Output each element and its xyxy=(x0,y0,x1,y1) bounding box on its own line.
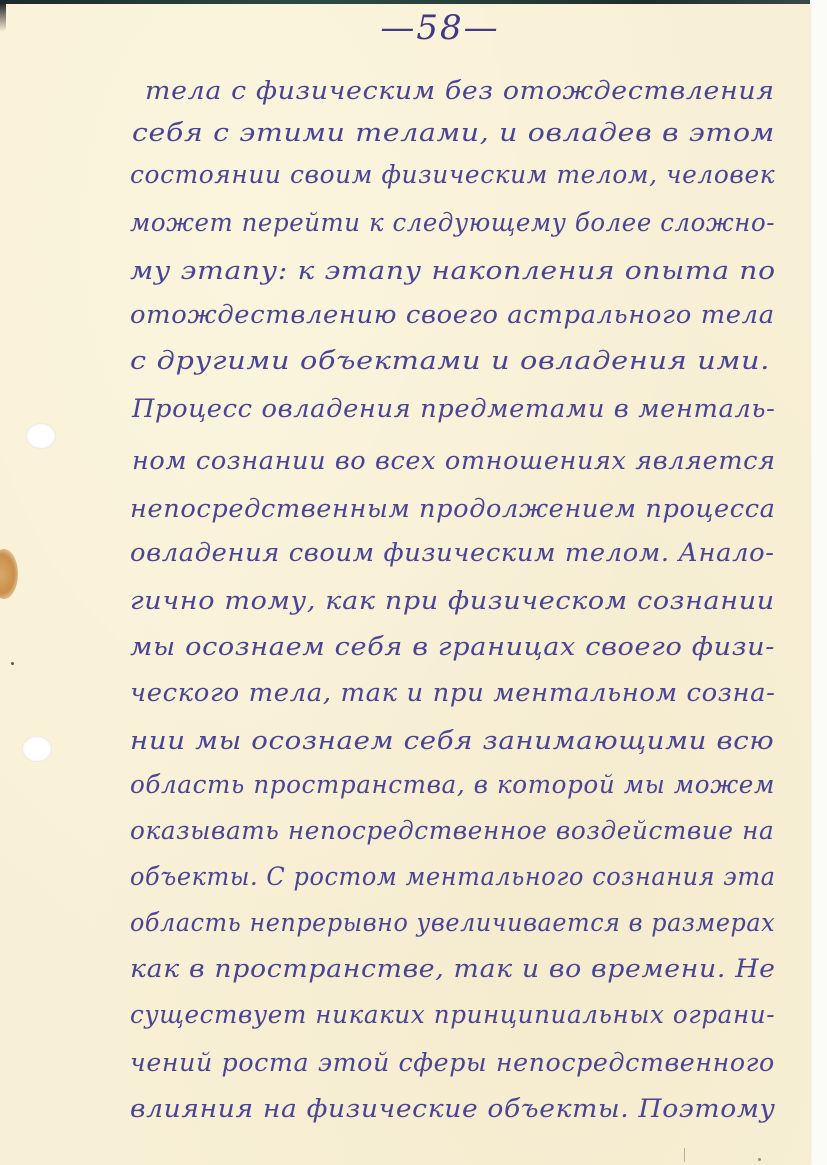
paper-speck xyxy=(758,1158,761,1161)
scan-top-edge xyxy=(0,0,810,4)
text-line-5: му этапу: к этапу накопления опыта по xyxy=(130,256,776,285)
punch-hole-top xyxy=(26,423,56,449)
age-stain xyxy=(0,549,18,599)
text-line-22: чений роста этой сферы непосредственного xyxy=(130,1048,775,1077)
text-line-6: отождествлению своего астрального тела xyxy=(130,300,775,329)
text-line-4: может перейти к следующему более сложно- xyxy=(130,208,775,237)
paper-speck xyxy=(11,662,14,665)
text-line-3: состоянии своим физическим телом, челове… xyxy=(130,160,775,189)
text-line-21: существует никаких принципиальных ограни… xyxy=(130,1000,775,1029)
text-line-9: ном сознании во всех отношениях является xyxy=(132,446,776,475)
page-number: —58— xyxy=(380,8,500,48)
text-line-7: с другими объектами и овладения ими. xyxy=(130,346,770,375)
text-line-23: влияния на физические объекты. Поэтому xyxy=(130,1094,776,1123)
text-line-1: тела с физическим без отождествления xyxy=(145,76,775,105)
text-line-8: Процесс овладения предметами в менталь- xyxy=(132,394,775,423)
text-line-17: оказывать непосредственное воздействие н… xyxy=(130,816,774,845)
text-line-10: непосредственным продолжением процесса xyxy=(130,494,776,523)
page-corner-shadow xyxy=(0,4,6,32)
text-line-15: нии мы осознаем себя занимающими всю xyxy=(130,726,774,755)
text-line-11: овладения своим физическим телом. Анало- xyxy=(130,538,775,567)
text-line-20: как в пространстве, так и во времени. Не xyxy=(130,954,776,983)
text-line-12: гично тому, как при физическом сознании xyxy=(130,586,775,615)
text-line-13: мы осознаем себя в границах своего физи- xyxy=(130,632,775,661)
text-line-2: себя с этими телами, и овладев в этом xyxy=(132,118,775,147)
text-line-16: область пространства, в которой мы можем xyxy=(130,770,775,799)
pencil-mark xyxy=(684,1148,685,1162)
text-line-18: объекты. С ростом ментального сознания э… xyxy=(130,862,776,891)
text-line-19: область непрерывно увеличивается в разме… xyxy=(130,908,775,937)
text-line-14: ческого тела, так и при ментальном созна… xyxy=(130,678,776,707)
punch-hole-bottom xyxy=(22,736,52,762)
